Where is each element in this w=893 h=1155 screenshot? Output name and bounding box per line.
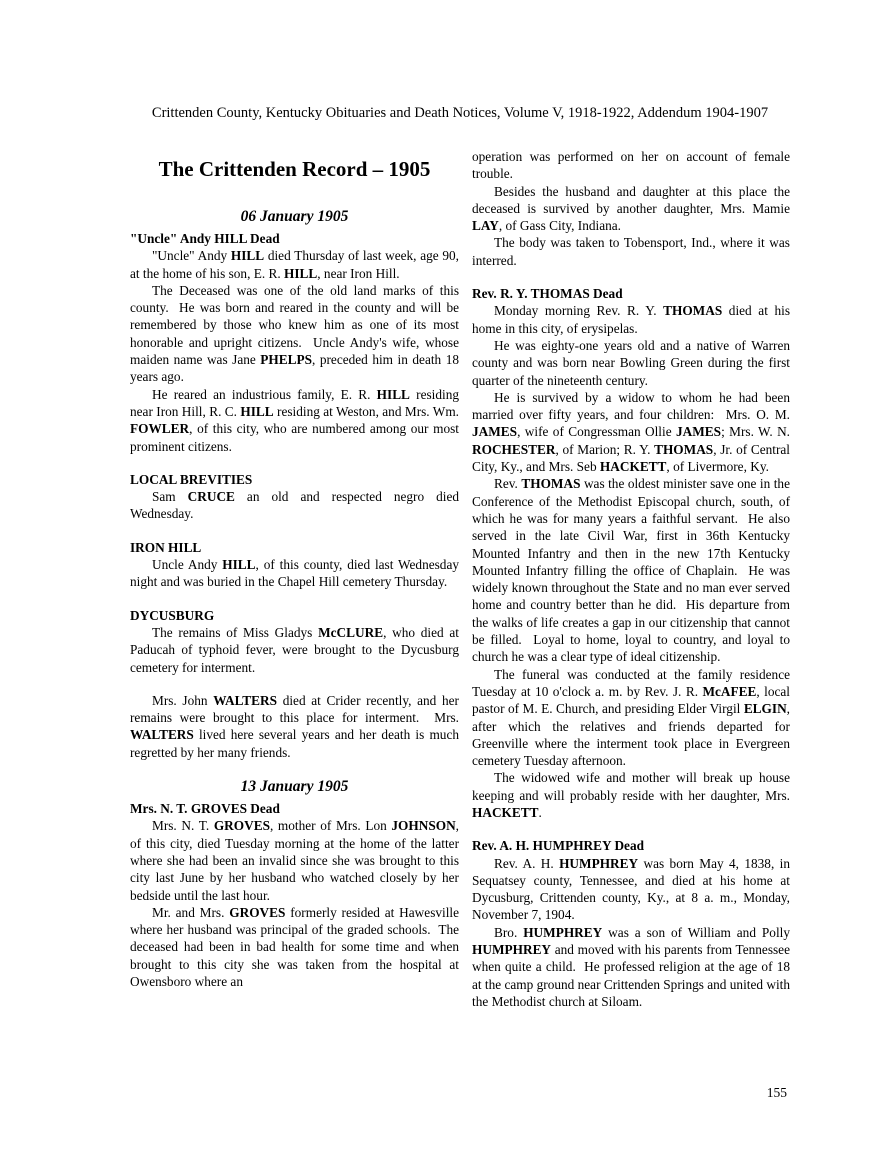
main-title: The Crittenden Record – 1905 xyxy=(130,156,459,183)
two-column-body: The Crittenden Record – 190506 January 1… xyxy=(130,148,790,1010)
paragraph: Bro. HUMPHREY was a son of William and P… xyxy=(472,924,790,1010)
surname-bold: WALTERS xyxy=(130,727,194,742)
paragraph: Rev. THOMAS was the oldest minister save… xyxy=(472,475,790,665)
surname-bold: GROVES xyxy=(214,818,270,833)
paragraph-text: Sam xyxy=(152,489,188,504)
surname-bold: ELGIN xyxy=(744,701,787,716)
paragraph-text: was a son of William and Polly xyxy=(602,925,790,940)
surname-bold: HACKETT xyxy=(472,805,539,820)
paragraph-text: residing at Weston, and Mrs. Wm. xyxy=(274,404,459,419)
heading: Rev. R. Y. THOMAS Dead xyxy=(472,285,790,302)
paragraph-text: , of Gass City, Indiana. xyxy=(499,218,621,233)
paragraph-text: Bro. xyxy=(494,925,523,940)
date-heading: 06 January 1905 xyxy=(130,207,459,227)
surname-bold: THOMAS xyxy=(654,442,713,457)
paragraph: The widowed wife and mother will break u… xyxy=(472,769,790,821)
surname-bold: JAMES xyxy=(472,424,517,439)
paragraph-text: Besides the husband and daughter at this… xyxy=(472,184,790,216)
surname-bold: HUMPHREY xyxy=(559,856,638,871)
heading: LOCAL BREVITIES xyxy=(130,471,459,488)
paragraph-text: was the oldest minister save one in the … xyxy=(472,476,790,664)
paragraph: He reared an industrious family, E. R. H… xyxy=(130,386,459,455)
surname-bold: HILL xyxy=(284,266,317,281)
right-column: operation was performed on her on accoun… xyxy=(472,148,790,1010)
paragraph: operation was performed on her on accoun… xyxy=(472,148,790,183)
paragraph: He is survived by a widow to whom he had… xyxy=(472,389,790,475)
paragraph: Besides the husband and daughter at this… xyxy=(472,183,790,235)
paragraph-text: He reared an industrious family, E. R. xyxy=(152,387,377,402)
heading: IRON HILL xyxy=(130,539,459,556)
surname-bold: HILL xyxy=(231,248,264,263)
surname-bold: JAMES xyxy=(676,424,721,439)
paragraph-text: , of Marion; R. Y. xyxy=(556,442,655,457)
running-header: Crittenden County, Kentucky Obituaries a… xyxy=(130,104,790,122)
paragraph: Mr. and Mrs. GROVES formerly resided at … xyxy=(130,904,459,990)
left-column: The Crittenden Record – 190506 January 1… xyxy=(130,148,459,1010)
paragraph-text: Mr. and Mrs. xyxy=(152,905,229,920)
heading: Mrs. N. T. GROVES Dead xyxy=(130,800,459,817)
paragraph: He was eighty-one years old and a native… xyxy=(472,337,790,389)
surname-bold: LAY xyxy=(472,218,499,233)
heading: Rev. A. H. HUMPHREY Dead xyxy=(472,837,790,854)
date-heading: 13 January 1905 xyxy=(130,777,459,797)
paragraph-text: , near Iron Hill. xyxy=(317,266,399,281)
paragraph: Mrs. N. T. GROVES, mother of Mrs. Lon JO… xyxy=(130,817,459,903)
paragraph: Rev. A. H. HUMPHREY was born May 4, 1838… xyxy=(472,855,790,924)
surname-bold: HILL xyxy=(377,387,410,402)
paragraph: Sam CRUCE an old and respected negro die… xyxy=(130,488,459,523)
paragraph-text: . xyxy=(539,805,542,820)
surname-bold: FOWLER xyxy=(130,421,189,436)
surname-bold: CRUCE xyxy=(188,489,235,504)
surname-bold: ROCHESTER xyxy=(472,442,556,457)
surname-bold: JOHNSON xyxy=(391,818,455,833)
document-page: Crittenden County, Kentucky Obituaries a… xyxy=(0,0,893,1155)
surname-bold: McAFEE xyxy=(702,684,756,699)
surname-bold: THOMAS xyxy=(521,476,580,491)
paragraph: Mrs. John WALTERS died at Crider recentl… xyxy=(130,692,459,761)
paragraph-text: Uncle Andy xyxy=(152,557,222,572)
surname-bold: HILL xyxy=(240,404,273,419)
paragraph-text: Rev. A. H. xyxy=(494,856,559,871)
paragraph: Uncle Andy HILL, of this county, died la… xyxy=(130,556,459,591)
paragraph-text: , wife of Congressman Ollie xyxy=(517,424,676,439)
surname-bold: PHELPS xyxy=(260,352,312,367)
surname-bold: HUMPHREY xyxy=(472,942,551,957)
heading: "Uncle" Andy HILL Dead xyxy=(130,230,459,247)
paragraph: The body was taken to Tobensport, Ind., … xyxy=(472,234,790,269)
surname-bold: McCLURE xyxy=(318,625,383,640)
paragraph-text: He is survived by a widow to whom he had… xyxy=(472,390,790,422)
paragraph: Monday morning Rev. R. Y. THOMAS died at… xyxy=(472,302,790,337)
paragraph-text: Mrs. John xyxy=(152,693,213,708)
heading: DYCUSBURG xyxy=(130,607,459,624)
paragraph: "Uncle" Andy HILL died Thursday of last … xyxy=(130,247,459,282)
paragraph-text: The body was taken to Tobensport, Ind., … xyxy=(472,235,790,267)
surname-bold: HACKETT xyxy=(600,459,667,474)
surname-bold: WALTERS xyxy=(213,693,277,708)
paragraph-text: He was eighty-one years old and a native… xyxy=(472,338,790,388)
surname-bold: THOMAS xyxy=(663,303,722,318)
paragraph: The funeral was conducted at the family … xyxy=(472,666,790,770)
paragraph-text: The remains of Miss Gladys xyxy=(152,625,318,640)
paragraph-text: , of Livermore, Ky. xyxy=(666,459,769,474)
page-number: 155 xyxy=(130,1085,787,1101)
paragraph-text: Mrs. N. T. xyxy=(152,818,214,833)
paragraph-text: The widowed wife and mother will break u… xyxy=(472,770,790,802)
paragraph: The Deceased was one of the old land mar… xyxy=(130,282,459,386)
surname-bold: HUMPHREY xyxy=(523,925,602,940)
paragraph-text: Rev. xyxy=(494,476,521,491)
paragraph-text: Monday morning Rev. R. Y. xyxy=(494,303,663,318)
surname-bold: GROVES xyxy=(229,905,285,920)
surname-bold: HILL xyxy=(222,557,255,572)
paragraph-text: , mother of Mrs. Lon xyxy=(270,818,391,833)
paragraph-text: ; Mrs. W. N. xyxy=(721,424,790,439)
paragraph: The remains of Miss Gladys McCLURE, who … xyxy=(130,624,459,676)
paragraph-text: operation was performed on her on accoun… xyxy=(472,149,790,181)
paragraph-text: "Uncle" Andy xyxy=(152,248,231,263)
